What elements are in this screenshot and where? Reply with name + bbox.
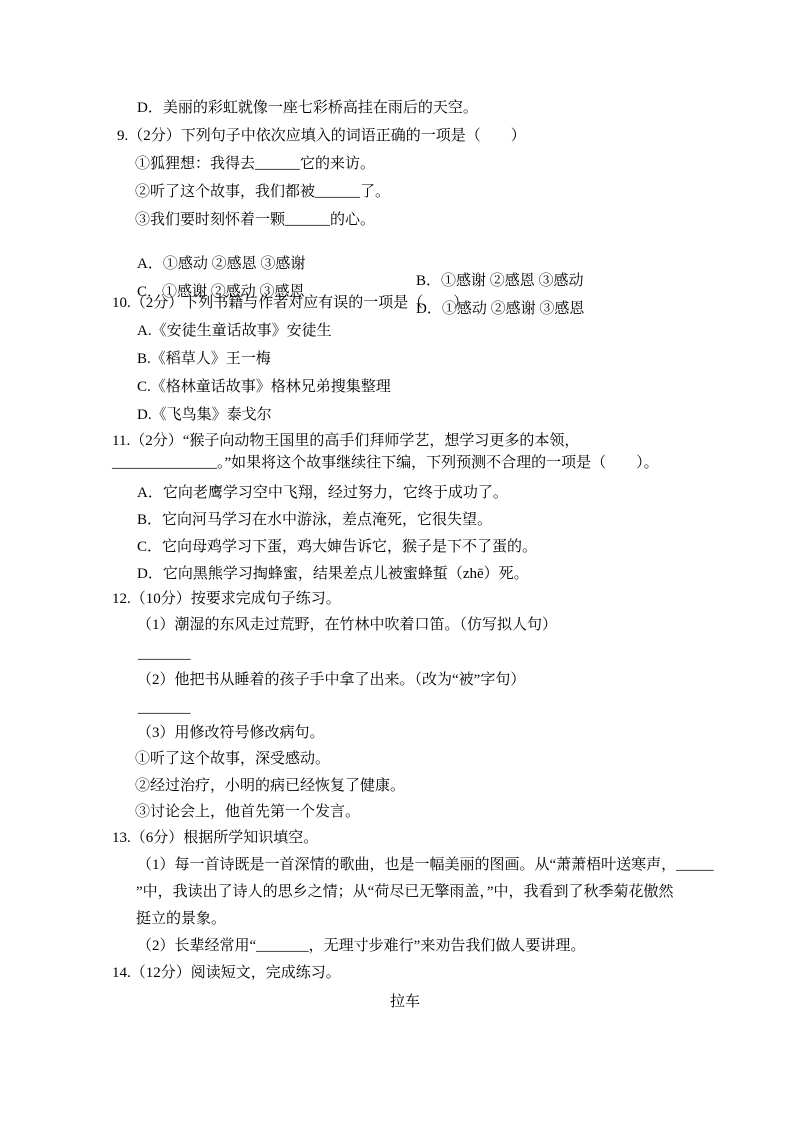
q12-part-3: （3）用修改符号修改病句。 xyxy=(137,725,325,742)
q9-stem: 9.（2分）下列句子中依次应填入的词语正确的一项是（ ） xyxy=(117,128,526,145)
q10-option-b: B.《稻草人》王一梅 xyxy=(137,351,271,368)
q13-part1-line-1: （1）每一首诗既是一首深情的歌曲，也是一幅美丽的图画。从“萧萧梧叶送寒声，___… xyxy=(137,857,714,874)
q10-option-a: A.《安徒生童话故事》安徒生 xyxy=(137,323,332,340)
q10-option-d: D.《飞鸟集》泰戈尔 xyxy=(137,407,272,424)
q12-part-1: （1）潮湿的东风走过荒野，在竹林中吹着口笛。（仿写拟人句） xyxy=(137,617,557,634)
q11-option-c: C．它向母鸡学习下蛋，鸡大婶告诉它，猴子是下不了蛋的。 xyxy=(137,539,537,556)
q11-stem-line-1: 11.（2分）“猴子向动物王国里的高手们拜师学艺，想学习更多的本领， xyxy=(112,433,579,450)
q12-part3-item-3: ③讨论会上，他首先第一个发言。 xyxy=(135,804,360,821)
q12-answer-line-2: _______ xyxy=(138,700,191,717)
q14-passage-title: 拉车 xyxy=(390,994,420,1011)
q8-option-d: D．美丽的彩虹就像一座七彩桥高挂在雨后的天空。 xyxy=(137,100,478,117)
q9-blank-3: ③我们要时刻怀着一颗______的心。 xyxy=(135,212,375,229)
q10-stem: 10.（2分）下列书籍与作者对应有误的一项是（ ） xyxy=(112,295,468,312)
q13-part1-line-2: ”中，我读出了诗人的思乡之情；从“荷尽已无擎雨盖，”中，我看到了秋季菊花傲然 xyxy=(136,884,673,901)
q12-part3-item-1: ①听了这个故事，深受感动。 xyxy=(135,751,330,768)
q13-part-2: （2）长辈经常用“_______，无理寸步难行”来劝告我们做人要讲理。 xyxy=(137,938,585,955)
q12-part3-item-2: ②经过治疗，小明的病已经恢复了健康。 xyxy=(135,778,405,795)
q9-blank-1: ①狐狸想：我得去______它的来访。 xyxy=(135,156,375,173)
q11-option-d: D．它向黑熊学习掏蜂蜜，结果差点儿被蜜蜂蜇（zhē）死。 xyxy=(137,566,529,583)
q11-option-a: A．它向老鹰学习空中飞翔，经过努力，它终于成功了。 xyxy=(137,485,508,502)
q11-option-b: B．它向河马学习在水中游泳，差点淹死，它很失望。 xyxy=(137,512,492,529)
q13-stem: 13.（6分）根据所学知识填空。 xyxy=(112,830,318,847)
q12-stem: 12.（10分）按要求完成句子练习。 xyxy=(112,591,341,608)
q12-answer-line-1: _______ xyxy=(138,646,191,663)
q13-part1-line-3: 挺立的景象。 xyxy=(136,911,226,928)
exam-page: D．美丽的彩虹就像一座七彩桥高挂在雨后的天空。 9.（2分）下列句子中依次应填入… xyxy=(0,0,794,1123)
q12-part-2: （2）他把书从睡着的孩子手中拿了出来。（改为“被”字句） xyxy=(137,672,525,689)
q14-stem: 14.（12分）阅读短文，完成练习。 xyxy=(112,965,341,982)
q11-stem-line-2: ______________。”如果将这个故事继续往下编，下列预测不合理的一项是… xyxy=(112,455,659,472)
q10-option-c: C.《格林童话故事》格林兄弟搜集整理 xyxy=(137,379,391,396)
q9-blank-2: ②听了这个故事，我们都被______了。 xyxy=(135,184,390,201)
